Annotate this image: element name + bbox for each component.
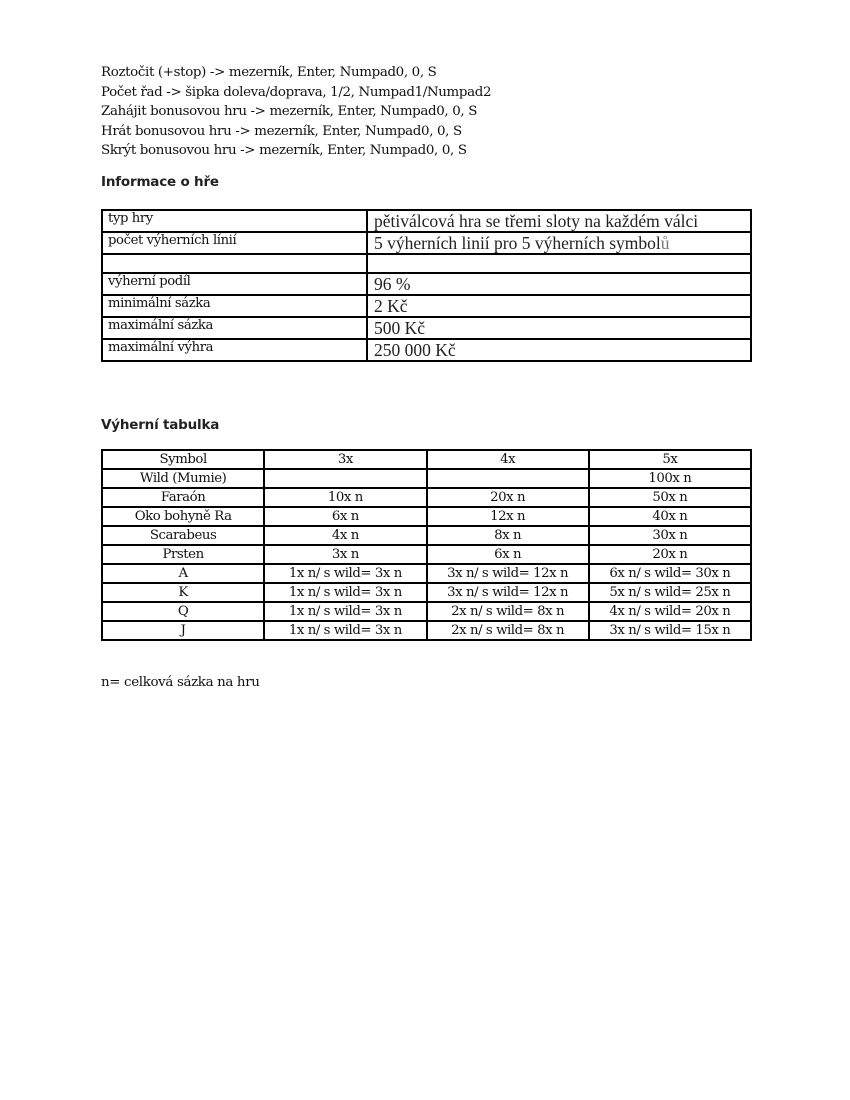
info-label: počet výherních línií <box>102 232 367 254</box>
info-label: maximální sázka <box>102 317 367 339</box>
table-row: Scarabeus4x n8x n30x n <box>102 526 751 545</box>
table-row: Q1x n/ s wild= 3x n2x n/ s wild= 8x n4x … <box>102 602 751 621</box>
table-row: Oko bohyně Ra6x n12x n40x n <box>102 507 751 526</box>
payout-cell: 6x n <box>264 507 426 526</box>
control-line: Roztočit (+stop) -> mezerník, Enter, Num… <box>101 63 491 83</box>
payout-cell <box>427 469 589 488</box>
table-row: Faraón10x n20x n50x n <box>102 488 751 507</box>
info-value: pětiválcová hra se třemi sloty na každém… <box>367 210 751 232</box>
table-row: počet výherních línií 5 výherních linií … <box>102 232 751 254</box>
payout-cell: 2x n/ s wild= 8x n <box>427 602 589 621</box>
symbol-cell: J <box>102 621 264 640</box>
symbol-cell: Oko bohyně Ra <box>102 507 264 526</box>
symbol-cell: Faraón <box>102 488 264 507</box>
document-page: Roztočit (+stop) -> mezerník, Enter, Num… <box>0 0 850 1100</box>
payout-cell: 3x n/ s wild= 15x n <box>589 621 751 640</box>
symbol-cell: Wild (Mumie) <box>102 469 264 488</box>
table-row: J1x n/ s wild= 3x n2x n/ s wild= 8x n3x … <box>102 621 751 640</box>
payout-cell: 6x n <box>427 545 589 564</box>
info-label: výherní podíl <box>102 273 367 295</box>
payout-cell: 1x n/ s wild= 3x n <box>264 602 426 621</box>
controls-list: Roztočit (+stop) -> mezerník, Enter, Num… <box>101 63 491 161</box>
symbol-cell: Scarabeus <box>102 526 264 545</box>
payout-cell: 20x n <box>427 488 589 507</box>
info-value-suffix: ů <box>661 233 670 253</box>
symbol-cell: K <box>102 583 264 602</box>
table-row: maximální výhra 250 000 Kč <box>102 339 751 361</box>
payout-cell: 2x n/ s wild= 8x n <box>427 621 589 640</box>
payout-cell: 1x n/ s wild= 3x n <box>264 564 426 583</box>
payout-cell: 4x n <box>264 526 426 545</box>
payout-cell: 5x <box>589 450 751 469</box>
payout-cell: 20x n <box>589 545 751 564</box>
paytable: Symbol3x4x5xWild (Mumie)100x nFaraón10x … <box>101 449 752 641</box>
info-value: 96 % <box>367 273 751 295</box>
payout-cell: 40x n <box>589 507 751 526</box>
footnote: n= celková sázka na hru <box>101 675 260 690</box>
payout-cell: 5x n/ s wild= 25x n <box>589 583 751 602</box>
info-label: typ hry <box>102 210 367 232</box>
payout-cell: 12x n <box>427 507 589 526</box>
symbol-cell: Q <box>102 602 264 621</box>
table-row: K1x n/ s wild= 3x n3x n/ s wild= 12x n5x… <box>102 583 751 602</box>
control-line: Skrýt bonusovou hru -> mezerník, Enter, … <box>101 141 491 161</box>
table-row: typ hry pětiválcová hra se třemi sloty n… <box>102 210 751 232</box>
info-value: 500 Kč <box>367 317 751 339</box>
payout-cell: 100x n <box>589 469 751 488</box>
info-label: minimální sázka <box>102 295 367 317</box>
payout-cell: 1x n/ s wild= 3x n <box>264 621 426 640</box>
control-line: Počet řad -> šipka doleva/doprava, 1/2, … <box>101 83 491 103</box>
table-row: Wild (Mumie)100x n <box>102 469 751 488</box>
payout-cell: 3x n <box>264 545 426 564</box>
info-label: maximální výhra <box>102 339 367 361</box>
table-row: Prsten3x n6x n20x n <box>102 545 751 564</box>
payout-cell: 3x <box>264 450 426 469</box>
payout-cell: 10x n <box>264 488 426 507</box>
table-row: minimální sázka 2 Kč <box>102 295 751 317</box>
info-value <box>367 254 751 273</box>
info-label <box>102 254 367 273</box>
payout-cell: 3x n/ s wild= 12x n <box>427 564 589 583</box>
payout-cell: 6x n/ s wild= 30x n <box>589 564 751 583</box>
symbol-cell: Prsten <box>102 545 264 564</box>
payout-cell: 50x n <box>589 488 751 507</box>
payout-cell: 4x n/ s wild= 20x n <box>589 602 751 621</box>
table-row: maximální sázka 500 Kč <box>102 317 751 339</box>
table-row-empty <box>102 254 751 273</box>
payout-cell: 3x n/ s wild= 12x n <box>427 583 589 602</box>
game-info-table: typ hry pětiválcová hra se třemi sloty n… <box>101 209 752 362</box>
info-value: 2 Kč <box>367 295 751 317</box>
payout-cell: 30x n <box>589 526 751 545</box>
table-header-row: Symbol3x4x5x <box>102 450 751 469</box>
table-row: A1x n/ s wild= 3x n3x n/ s wild= 12x n6x… <box>102 564 751 583</box>
payout-cell: 1x n/ s wild= 3x n <box>264 583 426 602</box>
game-info-heading: Informace o hře <box>101 174 219 190</box>
payout-cell: 8x n <box>427 526 589 545</box>
symbol-cell: Symbol <box>102 450 264 469</box>
control-line: Zahájit bonusovou hru -> mezerník, Enter… <box>101 102 491 122</box>
table-row: výherní podíl 96 % <box>102 273 751 295</box>
info-value: 5 výherních linií pro 5 výherních symbol… <box>367 232 751 254</box>
symbol-cell: A <box>102 564 264 583</box>
payout-cell: 4x <box>427 450 589 469</box>
payout-cell <box>264 469 426 488</box>
info-value-text: 5 výherních linií pro 5 výherních symbol <box>374 233 661 253</box>
info-value: 250 000 Kč <box>367 339 751 361</box>
control-line: Hrát bonusovou hru -> mezerník, Enter, N… <box>101 122 491 142</box>
paytable-heading: Výherní tabulka <box>101 417 219 433</box>
